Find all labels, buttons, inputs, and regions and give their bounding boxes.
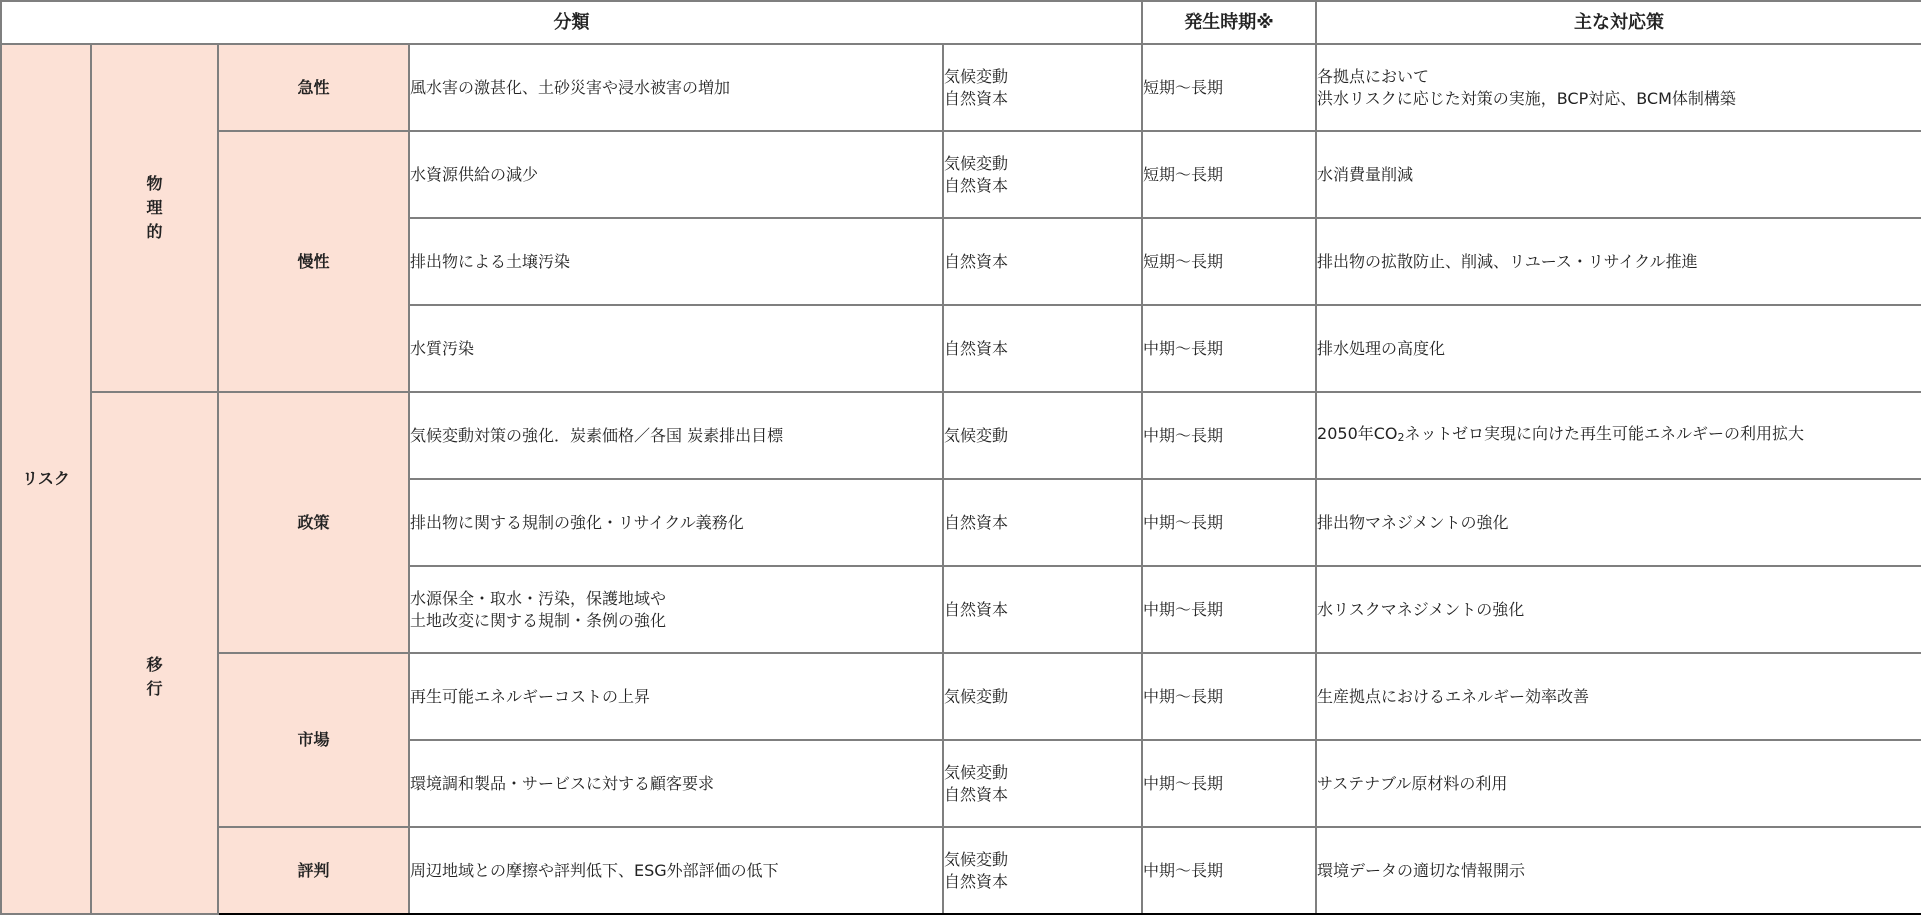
risk-period: 短期〜長期: [1142, 44, 1316, 131]
risk-measure: 排水処理の高度化: [1316, 305, 1921, 392]
risk-period: 中期〜長期: [1142, 740, 1316, 827]
risk-description: 水源保全・取水・汚染，保護地域や 土地改変に関する規制・条例の強化: [409, 566, 943, 653]
category-transition-label: 移行: [145, 653, 165, 701]
risk-type: 気候変動: [943, 653, 1142, 740]
header-measures: 主な対応策: [1316, 1, 1921, 44]
risk-measure: サステナブル原材料の利用: [1316, 740, 1921, 827]
table-row: 評判 周辺地域との摩擦や評判低下、ESG外部評価の低下 気候変動 自然資本 中期…: [1, 827, 1921, 911]
risk-period: 短期〜長期: [1142, 218, 1316, 305]
risk-classification-table: 分類 発生時期※ 主な対応策 リスク 物理的 急性 風水害の激甚化、土砂災害や浸…: [0, 0, 1921, 911]
category-chronic: 慢性: [218, 131, 409, 392]
risk-description: 環境調和製品・サービスに対する顧客要求: [409, 740, 943, 827]
category-physical: 物理的: [91, 44, 218, 392]
category-market: 市場: [218, 653, 409, 827]
risk-measure: 水消費量削減: [1316, 131, 1921, 218]
risk-description: 水質汚染: [409, 305, 943, 392]
risk-description: 排出物に関する規制の強化・リサイクル義務化: [409, 479, 943, 566]
risk-measure: 環境データの適切な情報開示: [1316, 827, 1921, 911]
risk-period: 中期〜長期: [1142, 566, 1316, 653]
category-risk: リスク: [1, 44, 91, 911]
risk-type: 気候変動 自然資本: [943, 131, 1142, 218]
category-risk-label: リスク: [22, 469, 70, 488]
header-period: 発生時期※: [1142, 1, 1316, 44]
category-transition: 移行: [91, 392, 218, 911]
risk-type: 自然資本: [943, 305, 1142, 392]
header-classification: 分類: [1, 1, 1142, 44]
risk-description: 風水害の激甚化、土砂災害や浸水被害の増加: [409, 44, 943, 131]
measure-subscript: 2: [1398, 431, 1405, 444]
header-row: 分類 発生時期※ 主な対応策: [1, 1, 1921, 44]
risk-type: 自然資本: [943, 566, 1142, 653]
risk-measure: 各拠点において 洪水リスクに応じた対策の実施，BCP対応、BCM体制構築: [1316, 44, 1921, 131]
table-row: リスク 物理的 急性 風水害の激甚化、土砂災害や浸水被害の増加 気候変動 自然資…: [1, 44, 1921, 131]
risk-description: 再生可能エネルギーコストの上昇: [409, 653, 943, 740]
category-acute: 急性: [218, 44, 409, 131]
risk-measure: 排出物の拡散防止、削減、リユース・リサイクル推進: [1316, 218, 1921, 305]
risk-period: 中期〜長期: [1142, 827, 1316, 911]
risk-measure: 2050年CO2ネットゼロ実現に向けた再生可能エネルギーの利用拡大: [1316, 392, 1921, 479]
table-row: 移行 政策 気候変動対策の強化．炭素価格／各国 炭素排出目標 気候変動 中期〜長…: [1, 392, 1921, 479]
risk-period: 中期〜長期: [1142, 392, 1316, 479]
risk-description: 排出物による土壌汚染: [409, 218, 943, 305]
risk-type: 気候変動 自然資本: [943, 44, 1142, 131]
risk-type: 気候変動 自然資本: [943, 740, 1142, 827]
risk-period: 中期〜長期: [1142, 653, 1316, 740]
risk-period: 中期〜長期: [1142, 479, 1316, 566]
category-policy: 政策: [218, 392, 409, 653]
table-row: 市場 再生可能エネルギーコストの上昇 気候変動 中期〜長期 生産拠点におけるエネ…: [1, 653, 1921, 740]
risk-type: 気候変動: [943, 392, 1142, 479]
risk-description: 水資源供給の減少: [409, 131, 943, 218]
risk-type: 自然資本: [943, 479, 1142, 566]
risk-description: 周辺地域との摩擦や評判低下、ESG外部評価の低下: [409, 827, 943, 911]
category-physical-label: 物理的: [145, 172, 165, 244]
measure-prefix: 2050年CO: [1317, 424, 1398, 443]
risk-measure: 排出物マネジメントの強化: [1316, 479, 1921, 566]
risk-period: 短期〜長期: [1142, 131, 1316, 218]
risk-type: 自然資本: [943, 218, 1142, 305]
risk-period: 中期〜長期: [1142, 305, 1316, 392]
category-reputation: 評判: [218, 827, 409, 911]
risk-description: 気候変動対策の強化．炭素価格／各国 炭素排出目標: [409, 392, 943, 479]
risk-type: 気候変動 自然資本: [943, 827, 1142, 911]
risk-measure: 水リスクマネジメントの強化: [1316, 566, 1921, 653]
measure-suffix: ネットゼロ実現に向けた再生可能エネルギーの利用拡大: [1405, 424, 1805, 443]
table-row: 慢性 水資源供給の減少 気候変動 自然資本 短期〜長期 水消費量削減: [1, 131, 1921, 218]
risk-measure: 生産拠点におけるエネルギー効率改善: [1316, 653, 1921, 740]
